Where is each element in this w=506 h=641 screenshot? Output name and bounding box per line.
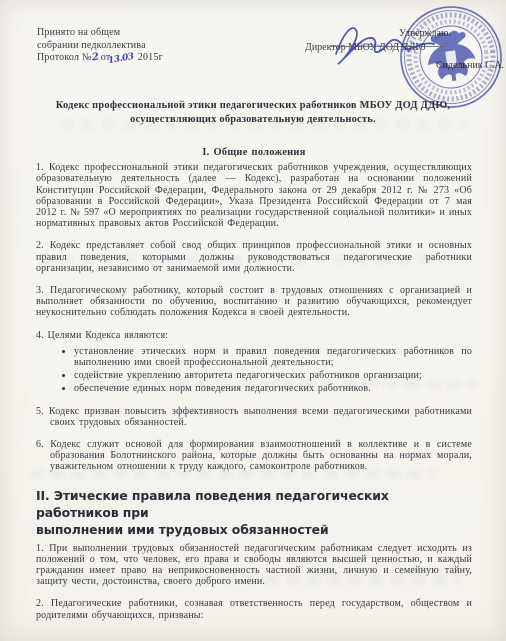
director-signature [322, 14, 442, 66]
paragraph-5: 5. Кодекс призван повысить эффективность… [36, 406, 472, 428]
protocol-label: Протокол № [37, 52, 92, 63]
paragraph-6: 6. Кодекс служит основой для формировани… [36, 439, 472, 473]
title-line-1: Кодекс профессиональной этики педагогиче… [33, 99, 473, 113]
protocol-number-handwritten: 2 [91, 52, 99, 65]
director-name: Сидельник С.А. [436, 60, 504, 71]
document-body: I. Общие положения 1. Кодекс профессиона… [36, 147, 472, 641]
section-1-heading: I. Общие положения [36, 147, 472, 158]
document-title: Кодекс профессиональной этики педагогиче… [33, 99, 473, 126]
goals-list: установление этических норм и правил пов… [36, 346, 472, 395]
acceptance-block: Принято на общем собрании педколлектива … [37, 27, 163, 65]
section-2-heading-line-1: II. Этические правила поведения педагоги… [36, 487, 472, 521]
protocol-date-handwritten: 13.03 [108, 51, 135, 68]
paragraph-2: 2. Кодекс представляет собой свод общих … [36, 240, 472, 274]
paragraph-3: 3. Педагогическому работнику, который со… [36, 285, 472, 319]
scanned-document-page: Принято на общем собрании педколлектива … [0, 0, 506, 641]
paragraph-4-goals-intro: 4. Целями Кодекса являются: [36, 330, 472, 341]
section-2-heading-line-2: выполнении ими трудовых обязанностей [36, 521, 472, 538]
goal-item-2: содействие укреплению авторитета педагог… [74, 370, 472, 381]
section-2-paragraph-1: 1. При выполнении трудовых обязанностей … [36, 543, 472, 588]
goal-item-3: обеспечение единых норм поведения педаго… [74, 383, 472, 394]
signature-underline [330, 46, 442, 47]
protocol-year: 2015г [138, 52, 163, 63]
accepted-line-1: Принято на общем [37, 27, 163, 40]
approved-label: Утверждаю. [399, 28, 451, 39]
accepted-line-2: собрании педколлектива [37, 40, 163, 53]
section-2-paragraph-2: 2. Педагогические работники, сознавая от… [36, 598, 472, 620]
section-2-heading: II. Этические правила поведения педагоги… [36, 487, 472, 538]
protocol-line: Протокол №2 от13.03 2015г [37, 52, 163, 65]
goal-item-1: установление этических норм и правил пов… [74, 346, 472, 368]
title-line-2: осуществляющих образовательную деятельно… [33, 113, 473, 127]
director-line: Директор МБОУ ДОД ДДЮ [305, 42, 426, 53]
paragraph-1: 1. Кодекс профессиональной этики педагог… [36, 162, 472, 229]
